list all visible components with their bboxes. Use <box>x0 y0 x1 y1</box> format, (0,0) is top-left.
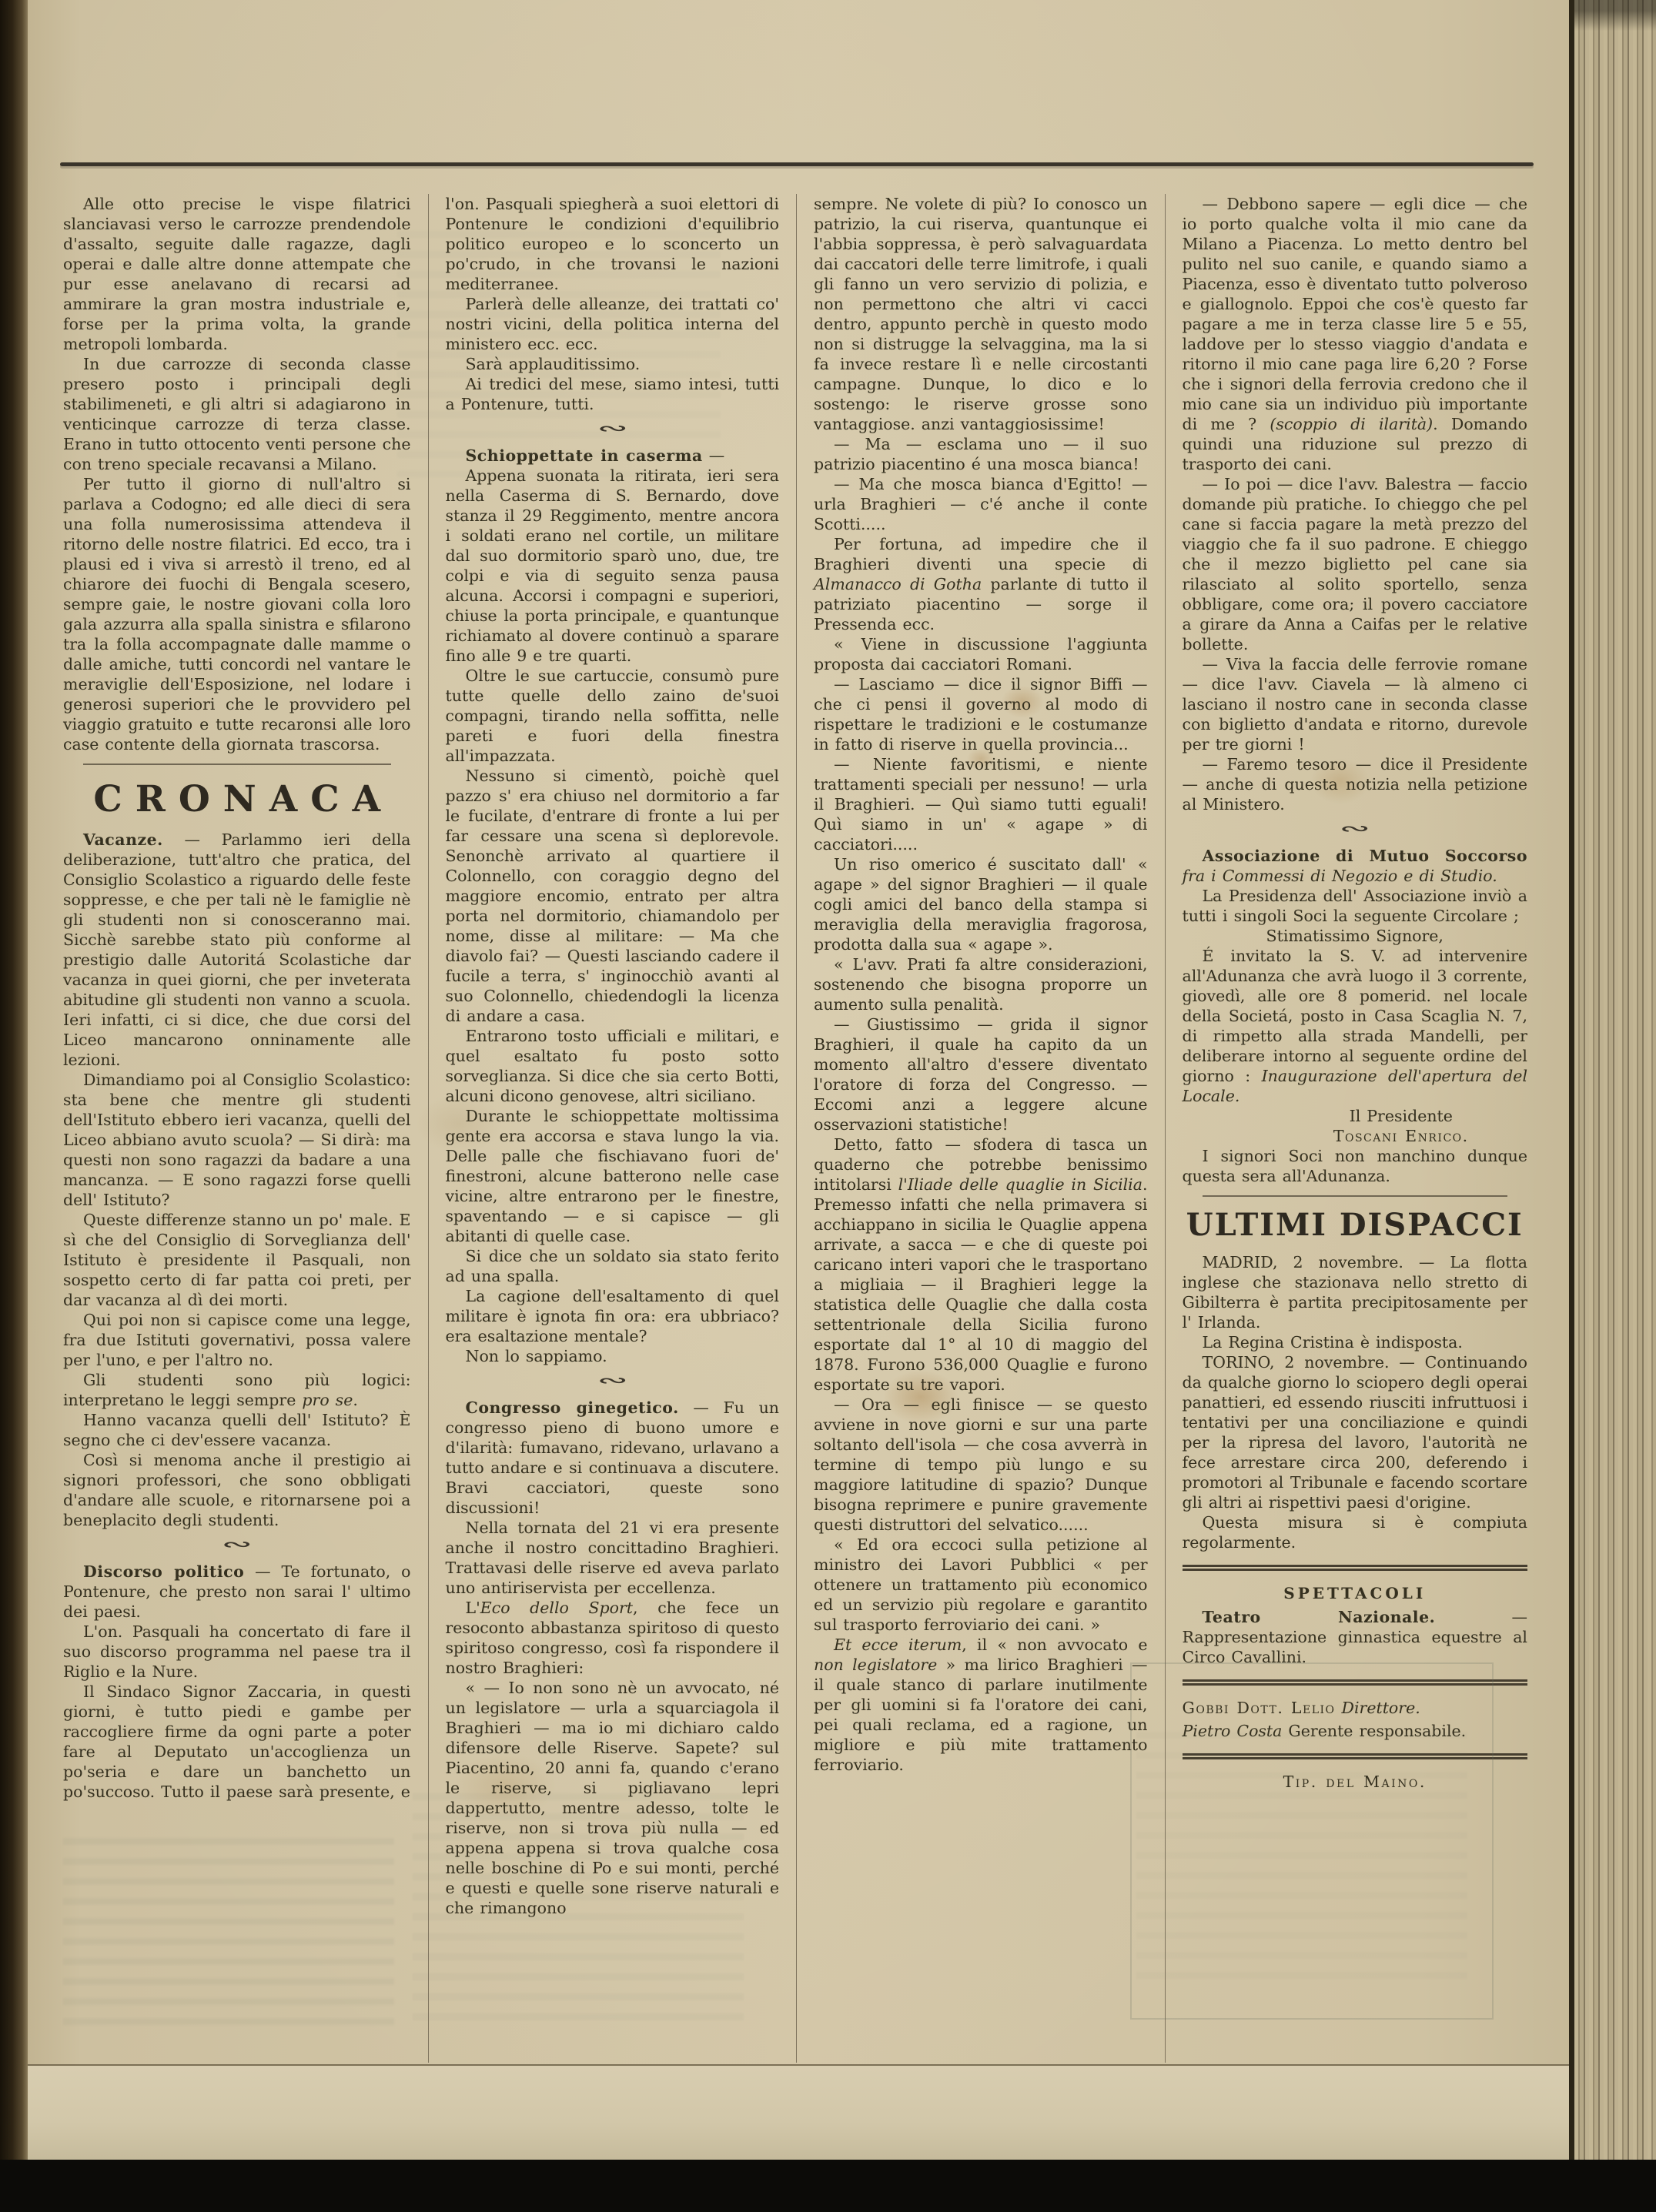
squiggle-ornament-glyph: ∾ <box>222 1532 253 1558</box>
article-paragraph: MADRID, 2 novembre. — La flotta inglese … <box>1183 1252 1528 1332</box>
article-paragraph: L'on. Pasquali ha concertato di fare il … <box>63 1622 411 1682</box>
scanned-newspaper-screenshot: { "page": { "ornament": "∾", "columns": … <box>0 0 1656 2212</box>
article-paragraph: — Viva la faccia delle ferrovie romane —… <box>1183 654 1528 754</box>
article-paragraph: Gli studenti sono più logici: interpreta… <box>63 1370 411 1410</box>
section-title: Associazione di Mutuo Soccorso <box>1203 847 1528 865</box>
article-paragraph: Et ecce iterum, il « non avvocato e non … <box>814 1635 1148 1775</box>
scan-background <box>0 2160 1656 2212</box>
columns-container: Alle otto precise le vispe filatrici sla… <box>60 194 1534 2063</box>
article-section-lead: Vacanze. — Parlammo ieri della deliberaz… <box>63 830 411 1070</box>
article-paragraph: sempre. Ne volete di più? Io conosco un … <box>814 194 1148 434</box>
ultimi-dispacci-heading: ULTIMI DISPACCI <box>1183 1206 1528 1245</box>
section-title: Teatro Nazionale. <box>1203 1608 1436 1626</box>
byline-name: Pietro Costa <box>1183 1722 1283 1740</box>
article-paragraph: Appena suonata la ritirata, ieri sera ne… <box>446 466 780 666</box>
book-gutter-shadow <box>0 0 28 2212</box>
cronaca-heading: CRONACA <box>63 777 411 822</box>
article-paragraph: La cagione dell'esaltamento di quel mili… <box>446 1286 780 1346</box>
article-paragraph: « — Io non sono nè un avvocato, né un le… <box>446 1678 780 1918</box>
article-paragraph: Il Sindaco Signor Zaccaria, in questi gi… <box>63 1682 411 1802</box>
double-rule <box>1183 1679 1528 1686</box>
article-paragraph: Per fortuna, ad impedire che il Braghier… <box>814 534 1148 634</box>
double-rule <box>1183 1753 1528 1759</box>
newspaper-column-3: sempre. Ne volete di più? Io conosco un … <box>797 194 1166 2063</box>
squiggle-ornament-glyph: ∾ <box>597 416 627 442</box>
article-paragraph: — Ora — egli finisce — se questo avviene… <box>814 1395 1148 1535</box>
article-section-lead: Schioppettate in caserma — <box>446 446 780 466</box>
imprint-line: Tip. del Maino. <box>1183 1772 1528 1792</box>
article-paragraph: Si dice che un soldato sia stato ferito … <box>446 1246 780 1286</box>
article-paragraph: La Regina Cristina è indisposta. <box>1183 1332 1528 1352</box>
article-paragraph: Detto, fatto — sfodera di tasca un quade… <box>814 1134 1148 1395</box>
article-paragraph: In due carrozze di seconda classe preser… <box>63 354 411 474</box>
article-paragraph: Per tutto il giorno di null'altro si par… <box>63 474 411 754</box>
byline: Pietro Costa Gerente responsabile. <box>1183 1721 1528 1741</box>
article-paragraph: La Presidenza dell' Associazione inviò a… <box>1183 886 1528 926</box>
article-paragraph: Così si menoma anche il prestigio ai sig… <box>63 1450 411 1530</box>
article-paragraph: Un riso omerico é suscitato dall' « agap… <box>814 854 1148 954</box>
ornament-divider: ∾ <box>446 1368 780 1394</box>
section-title: Congresso ginegetico. <box>466 1398 679 1417</box>
article-paragraph: — Ma che mosca bianca d'Egitto! — urla B… <box>814 474 1148 534</box>
signature-line: Toscani Enrico. <box>1183 1126 1528 1146</box>
section-title: Schioppettate in caserma <box>466 446 703 465</box>
byline-role: Gerente responsabile. <box>1288 1722 1466 1740</box>
byline-name: Gobbi Dott. Lelio <box>1183 1699 1336 1717</box>
article-paragraph: « Ed ora eccoci sulla petizione al minis… <box>814 1535 1148 1635</box>
signature-line: Il Presidente <box>1183 1106 1528 1126</box>
article-section-lead: Discorso politico — Te fortunato, o Pont… <box>63 1562 411 1622</box>
article-paragraph: I signori Soci non manchino dunque quest… <box>1183 1146 1528 1186</box>
article-paragraph: — Giustissimo — grida il signor Braghier… <box>814 1014 1148 1134</box>
article-paragraph: Oltre le sue cartuccie, consumò pure tut… <box>446 666 780 766</box>
article-paragraph: É invitato la S. V. ad intervenire all'A… <box>1183 946 1528 1106</box>
byline: Gobbi Dott. Lelio Direttore. <box>1183 1698 1528 1718</box>
section-title: Vacanze. <box>83 830 163 849</box>
spettacoli-heading: SPETTACOLI <box>1183 1583 1528 1603</box>
squiggle-ornament-glyph: ∾ <box>1340 816 1370 842</box>
article-paragraph: — Debbono sapere — egli dice — che io po… <box>1183 194 1528 474</box>
ornament-divider: ∾ <box>63 1532 411 1558</box>
article-paragraph: « Viene in discussione l'aggiunta propos… <box>814 634 1148 674</box>
newspaper-column-2: l'on. Pasquali spiegherà a suoi elettori… <box>429 194 798 2063</box>
article-paragraph: — Lasciamo — dice il signor Biffi — che … <box>814 674 1148 754</box>
thin-rule <box>1203 1195 1508 1197</box>
article-paragraph: Entrarono tosto ufficiali e militari, e … <box>446 1026 780 1106</box>
section-lead-text: fra i Commessi di Negozio e di Studio. <box>1183 867 1497 885</box>
byline-role: Direttore. <box>1342 1699 1420 1717</box>
article-paragraph: Queste differenze stanno un po' male. E … <box>63 1210 411 1310</box>
article-section-lead: Congresso ginegetico. — Fu un congresso … <box>446 1398 780 1518</box>
article-section-lead: Associazione di Mutuo Soccorso fra i Com… <box>1183 846 1528 886</box>
article-paragraph: — Io poi — dice l'avv. Balestra — faccio… <box>1183 474 1528 654</box>
article-paragraph: l'on. Pasquali spiegherà a suoi elettori… <box>446 194 780 294</box>
newspaper-page: Alle otto precise le vispe filatrici sla… <box>28 0 1574 2160</box>
article-paragraph: Qui poi non si capisce come una legge, f… <box>63 1310 411 1370</box>
article-section-lead: Teatro Nazionale. — Rappresentazione gin… <box>1183 1607 1528 1667</box>
newspaper-column-1: Alle otto precise le vispe filatrici sla… <box>60 194 429 2063</box>
article-paragraph: L'Eco dello Sport, che fece un resoconto… <box>446 1598 780 1678</box>
article-paragraph: Non lo sappiamo. <box>446 1346 780 1366</box>
article-paragraph: Parlerà delle alleanze, dei trattati co'… <box>446 294 780 354</box>
book-fore-edge <box>1569 0 1656 2164</box>
article-paragraph: — Niente favoritismi, e niente trattamen… <box>814 754 1148 854</box>
article-paragraph: TORINO, 2 novembre. — Continuando da qua… <box>1183 1352 1528 1512</box>
article-paragraph: — Faremo tesoro — dice il Presidente — a… <box>1183 754 1528 814</box>
article-paragraph: Hanno vacanza quelli dell' Istituto? È s… <box>63 1410 411 1450</box>
article-paragraph: Dimandiamo poi al Consiglio Scolastico: … <box>63 1070 411 1210</box>
masthead-rule <box>60 162 1534 166</box>
thin-rule <box>83 764 391 765</box>
article-paragraph: Alle otto precise le vispe filatrici sla… <box>63 194 411 354</box>
section-title: Discorso politico <box>83 1562 244 1581</box>
article-paragraph: Questa misura si è compiuta regolarmente… <box>1183 1512 1528 1552</box>
ornament-divider: ∾ <box>1183 816 1528 842</box>
newspaper-column-4: — Debbono sapere — egli dice — che io po… <box>1166 194 1534 2063</box>
ornament-divider: ∾ <box>446 416 780 442</box>
article-paragraph: Nella tornata del 21 vi era presente anc… <box>446 1518 780 1598</box>
article-paragraph: Durante le schioppettate moltissima gent… <box>446 1106 780 1246</box>
article-paragraph: « L'avv. Prati fa altre considerazioni, … <box>814 954 1148 1014</box>
article-paragraph: Sarà applauditissimo. <box>446 354 780 374</box>
double-rule <box>1183 1565 1528 1571</box>
article-paragraph: Nessuno si cimentò, poichè quel pazzo s'… <box>446 766 780 1026</box>
underlying-page-margin <box>28 2066 1574 2160</box>
squiggle-ornament-glyph: ∾ <box>597 1368 627 1394</box>
section-lead-text: — <box>709 446 725 465</box>
article-paragraph: — Ma — esclama uno — il suo patrizio pia… <box>814 434 1148 474</box>
article-paragraph: Stimatissimo Signore, <box>1183 926 1528 946</box>
section-lead-text: — Parlammo ieri della deliberazione, tut… <box>63 830 411 1069</box>
article-paragraph: Ai tredici del mese, siamo intesi, tutti… <box>446 374 780 414</box>
